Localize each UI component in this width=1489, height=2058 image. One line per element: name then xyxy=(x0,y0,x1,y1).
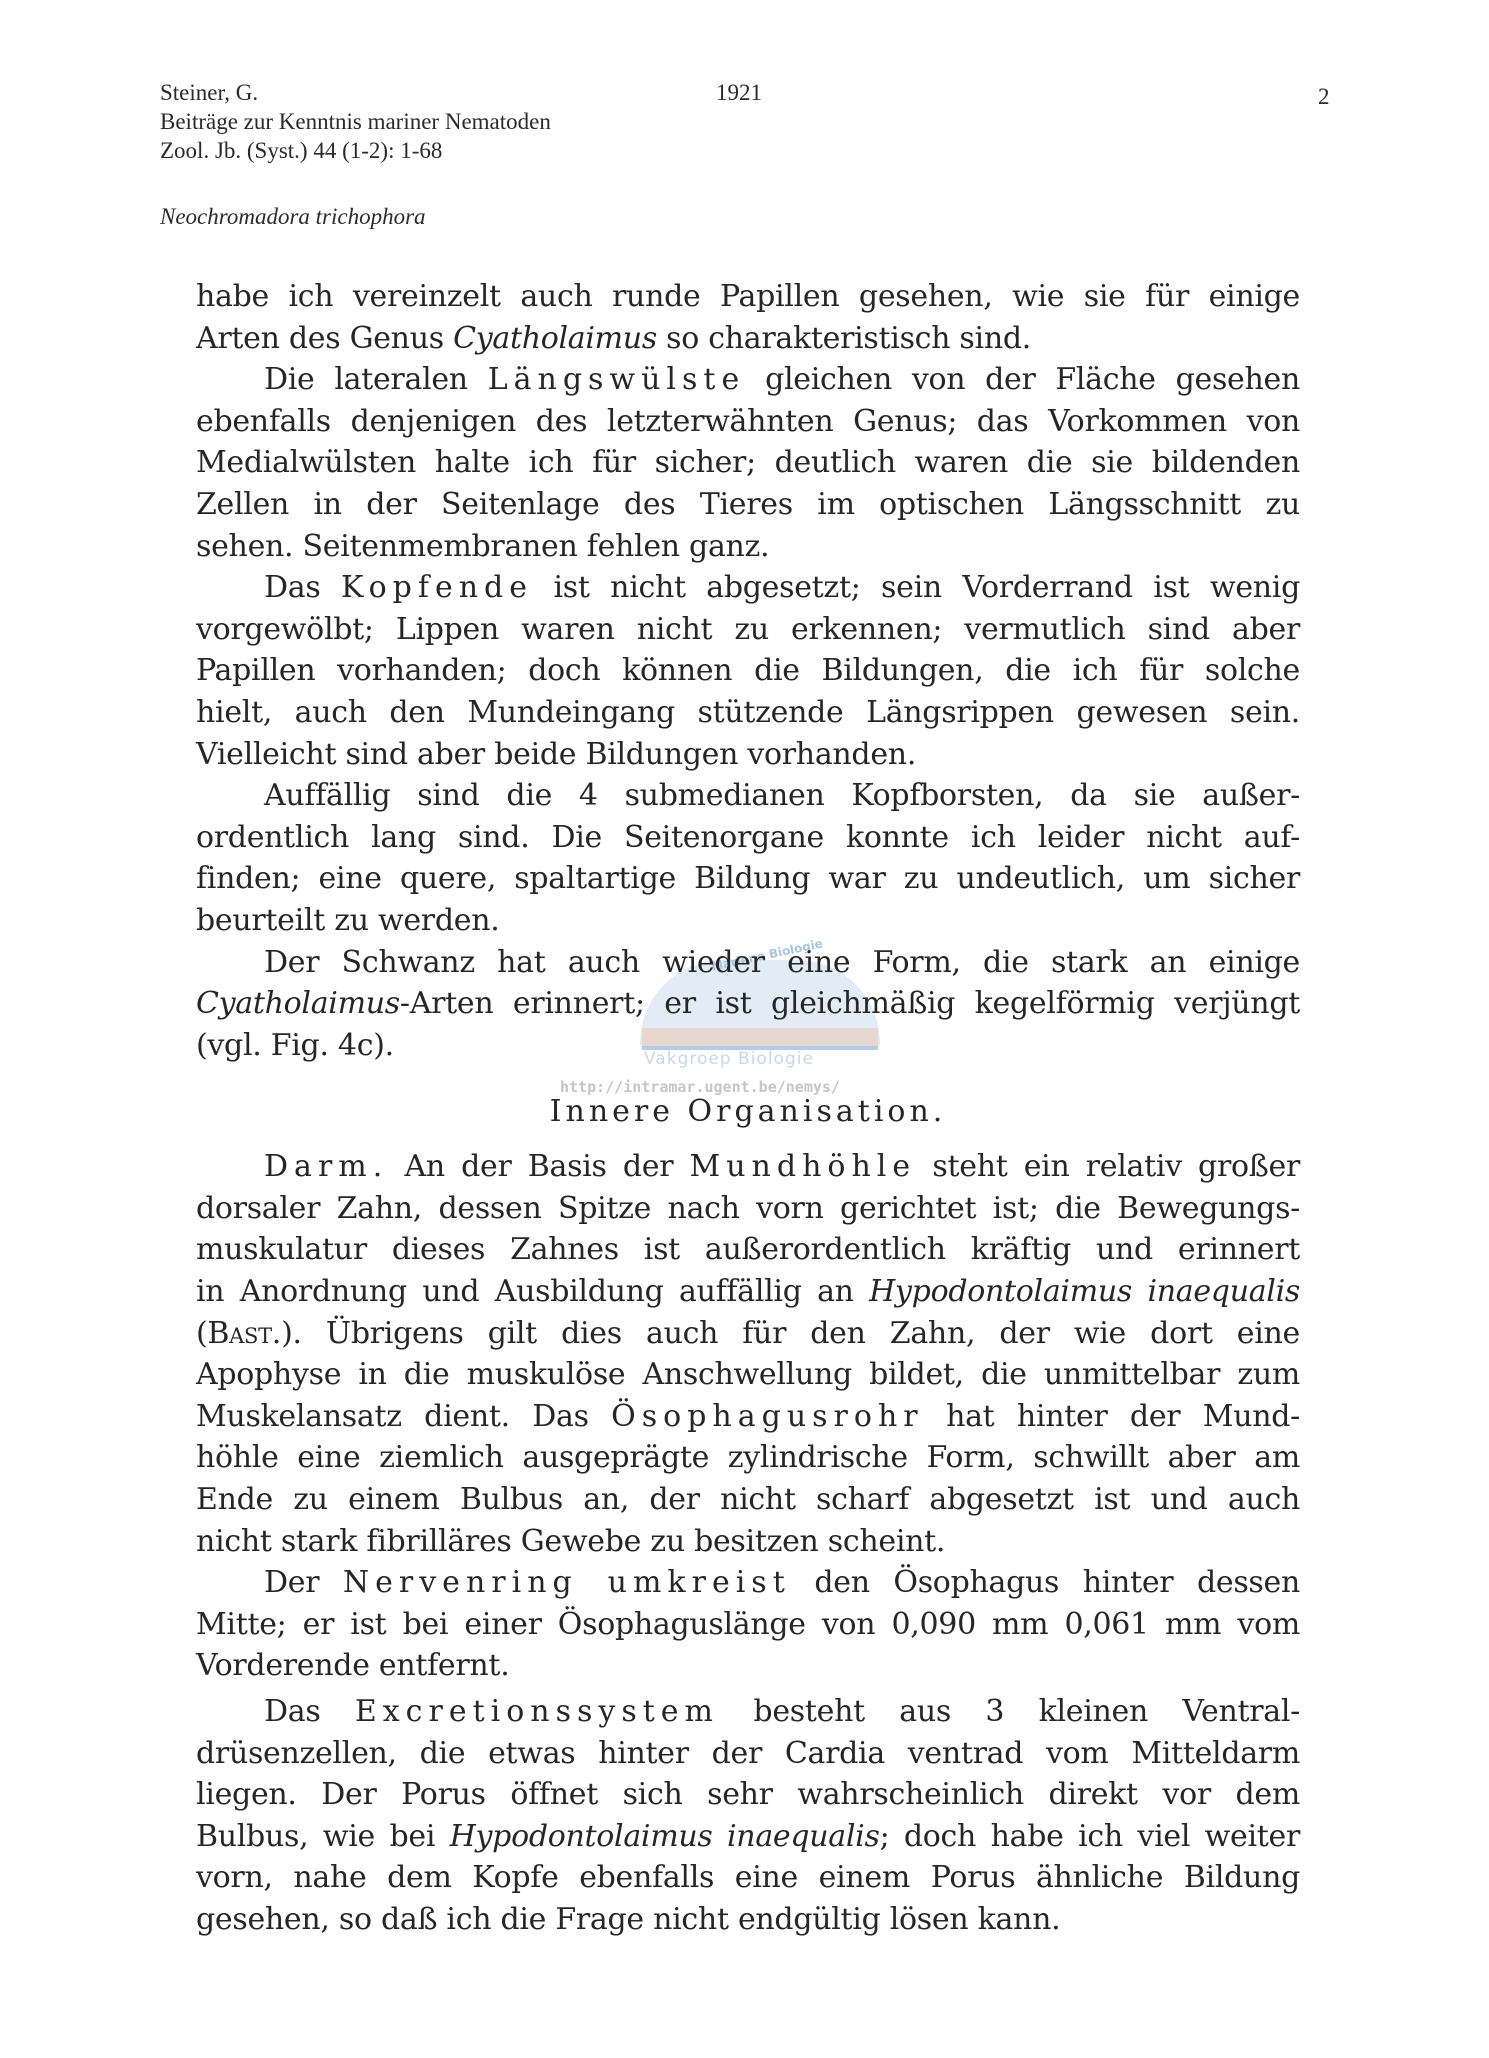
text-run: -Arten erinnert; er ist gleichmäßig kege… xyxy=(400,986,1300,1021)
text-line: Der Schwanz hat auch wieder eine Form, d… xyxy=(196,942,1300,984)
text-line: Ende zu einem Bulbus an, der nicht schar… xyxy=(196,1479,1300,1521)
text-line: (Bast.). Übrigens gilt dies auch für den… xyxy=(196,1313,1300,1355)
genus-name: Cyatholaimus xyxy=(196,986,400,1021)
text-line: in Anordnung und Ausbildung auffällig an… xyxy=(196,1271,1300,1313)
emphasized-term: Nervenring umkreist xyxy=(343,1565,791,1600)
text-line: liegen. Der Porus öffnet sich sehr wahrs… xyxy=(196,1774,1300,1816)
text-line: gesehen, so daß ich die Frage nicht endg… xyxy=(196,1899,1300,1941)
text-line: Mitte; er ist bei einer Ösophaguslänge v… xyxy=(196,1604,1300,1646)
text-run: gleichen von der Fläche gesehen xyxy=(745,362,1300,397)
text-run: ( xyxy=(196,1316,207,1351)
text-line: Arten des Genus Cyatholaimus so charakte… xyxy=(196,318,1300,360)
text-line: Vorderende entfernt. xyxy=(196,1645,1300,1687)
text-line: Bulbus, wie bei Hypodontolaimus inaequal… xyxy=(196,1816,1300,1858)
text-line: Das Kopfende ist nicht abgesetzt; sein V… xyxy=(196,567,1300,609)
text-line: Die lateralen Längswülste gleichen von d… xyxy=(196,359,1300,401)
species-reference: Hypodontolaimus inaequalis xyxy=(869,1274,1300,1309)
text-line: Vielleicht sind aber beide Bildungen vor… xyxy=(196,734,1300,776)
text-run: Muskelansatz dient. Das xyxy=(196,1399,611,1434)
text-run: ist nicht abgesetzt; sein Vorderrand ist… xyxy=(533,570,1300,605)
species-reference: Hypodontolaimus inaequalis xyxy=(450,1819,880,1854)
text-line: dorsaler Zahn, dessen Spitze nach vorn g… xyxy=(196,1188,1300,1230)
author-abbreviation: Bast. xyxy=(207,1316,281,1351)
text-line: beurteilt zu werden. xyxy=(196,900,1300,942)
text-line: vorgewölbt; Lippen waren nicht zu erkenn… xyxy=(196,609,1300,651)
page-number: 2 xyxy=(1318,82,1330,111)
text-run: steht ein relativ großer xyxy=(916,1149,1300,1184)
text-run: ; doch habe ich viel weiter xyxy=(880,1819,1300,1854)
text-line: finden; eine quere, spaltartige Bildung … xyxy=(196,858,1300,900)
text-line: Der Nervenring umkreist den Ösophagus hi… xyxy=(196,1562,1300,1604)
journal-reference: Zool. Jb. (Syst.) 44 (1-2): 1-68 xyxy=(160,136,551,165)
paragraph-kopfende: Das Kopfende ist nicht abgesetzt; sein V… xyxy=(196,567,1300,775)
text-line: Auffällig sind die 4 submedianen Kopfbor… xyxy=(196,775,1300,817)
paragraph-papillen: habe ich vereinzelt auch runde Papillen … xyxy=(196,276,1300,359)
text-run: hat hinter der Mund- xyxy=(924,1399,1300,1434)
paragraph-darm: Darm. An der Basis der Mundhöhle steht e… xyxy=(196,1146,1300,1562)
text-line: Cyatholaimus-Arten erinnert; er ist glei… xyxy=(196,983,1300,1025)
text-run: Bulbus, wie bei xyxy=(196,1819,450,1854)
text-run: Arten des Genus xyxy=(196,321,453,356)
author: Steiner, G. xyxy=(160,78,551,107)
text-line: Darm. An der Basis der Mundhöhle steht e… xyxy=(196,1146,1300,1188)
page-body: habe ich vereinzelt auch runde Papillen … xyxy=(196,276,1300,1941)
publication-year: 1921 xyxy=(716,78,762,107)
text-run: An der Basis der xyxy=(388,1149,689,1184)
emphasized-term: Darm. xyxy=(264,1149,388,1184)
text-line: Apophyse in die muskulöse Anschwellung b… xyxy=(196,1354,1300,1396)
text-line: habe ich vereinzelt auch runde Papillen … xyxy=(196,276,1300,318)
text-line: hielt, auch den Mundeingang stützende Lä… xyxy=(196,692,1300,734)
text-line: (vgl. Fig. 4c). xyxy=(196,1025,1300,1067)
emphasized-term: Excretionssystem xyxy=(355,1694,719,1729)
text-run: den Ösophagus hinter dessen xyxy=(791,1565,1300,1600)
paragraph-kopfborsten: Auffällig sind die 4 submedianen Kopfbor… xyxy=(196,775,1300,941)
text-line: muskulatur dieses Zahnes ist außerordent… xyxy=(196,1229,1300,1271)
section-heading: Innere Organisation. xyxy=(196,1066,1300,1146)
text-line: Zellen in der Seitenlage des Tieres im o… xyxy=(196,484,1300,526)
text-run: Das xyxy=(264,570,341,605)
citation-block: Steiner, G. Beiträge zur Kenntnis marine… xyxy=(160,78,551,165)
text-run: so charakteristisch sind. xyxy=(657,321,1031,356)
text-line: ordentlich lang sind. Die Seitenorgane k… xyxy=(196,817,1300,859)
text-run: Die lateralen xyxy=(264,362,488,397)
text-line: Muskelansatz dient. Das Ösophagusrohr ha… xyxy=(196,1396,1300,1438)
emphasized-term: Mundhöhle xyxy=(690,1149,917,1184)
paragraph-excretionssystem: Das Excretionssystem besteht aus 3 klein… xyxy=(196,1691,1300,1941)
text-line: höhle eine ziemlich ausgeprägte zylindri… xyxy=(196,1437,1300,1479)
text-line: Das Excretionssystem besteht aus 3 klein… xyxy=(196,1691,1300,1733)
text-line: vorn, nahe dem Kopfe ebenfalls eine eine… xyxy=(196,1857,1300,1899)
text-line: drüsenzellen, die etwas hinter der Cardi… xyxy=(196,1733,1300,1775)
paragraph-schwanz: Der Schwanz hat auch wieder eine Form, d… xyxy=(196,942,1300,1067)
article-title: Beiträge zur Kenntnis mariner Nematoden xyxy=(160,107,551,136)
emphasized-term: Ösophagusrohr xyxy=(611,1399,923,1434)
genus-name: Cyatholaimus xyxy=(453,321,657,356)
text-run: Der xyxy=(264,1565,343,1600)
text-run: Das xyxy=(264,1694,355,1729)
text-line: Papillen vorhanden; doch können die Bild… xyxy=(196,650,1300,692)
text-line: nicht stark fibrilläres Gewebe zu besitz… xyxy=(196,1521,1300,1563)
emphasized-term: Kopfende xyxy=(341,570,533,605)
text-line: sehen. Seitenmembranen fehlen ganz. xyxy=(196,526,1300,568)
species-name: Neochromadora trichophora xyxy=(160,204,426,230)
paragraph-nervenring: Der Nervenring umkreist den Ösophagus hi… xyxy=(196,1562,1300,1687)
text-run: ). Übrigens gilt dies auch für den Zahn,… xyxy=(281,1316,1300,1351)
text-run: in Anordnung und Ausbildung auffällig an xyxy=(196,1274,869,1309)
paragraph-laengswuelste: Die lateralen Längswülste gleichen von d… xyxy=(196,359,1300,567)
text-line: ebenfalls denjenigen des letzterwähnten … xyxy=(196,401,1300,443)
text-line: Medialwülsten halte ich für sicher; deut… xyxy=(196,442,1300,484)
emphasized-term: Längswülste xyxy=(488,362,746,397)
text-run: besteht aus 3 kleinen Ventral- xyxy=(719,1694,1300,1729)
